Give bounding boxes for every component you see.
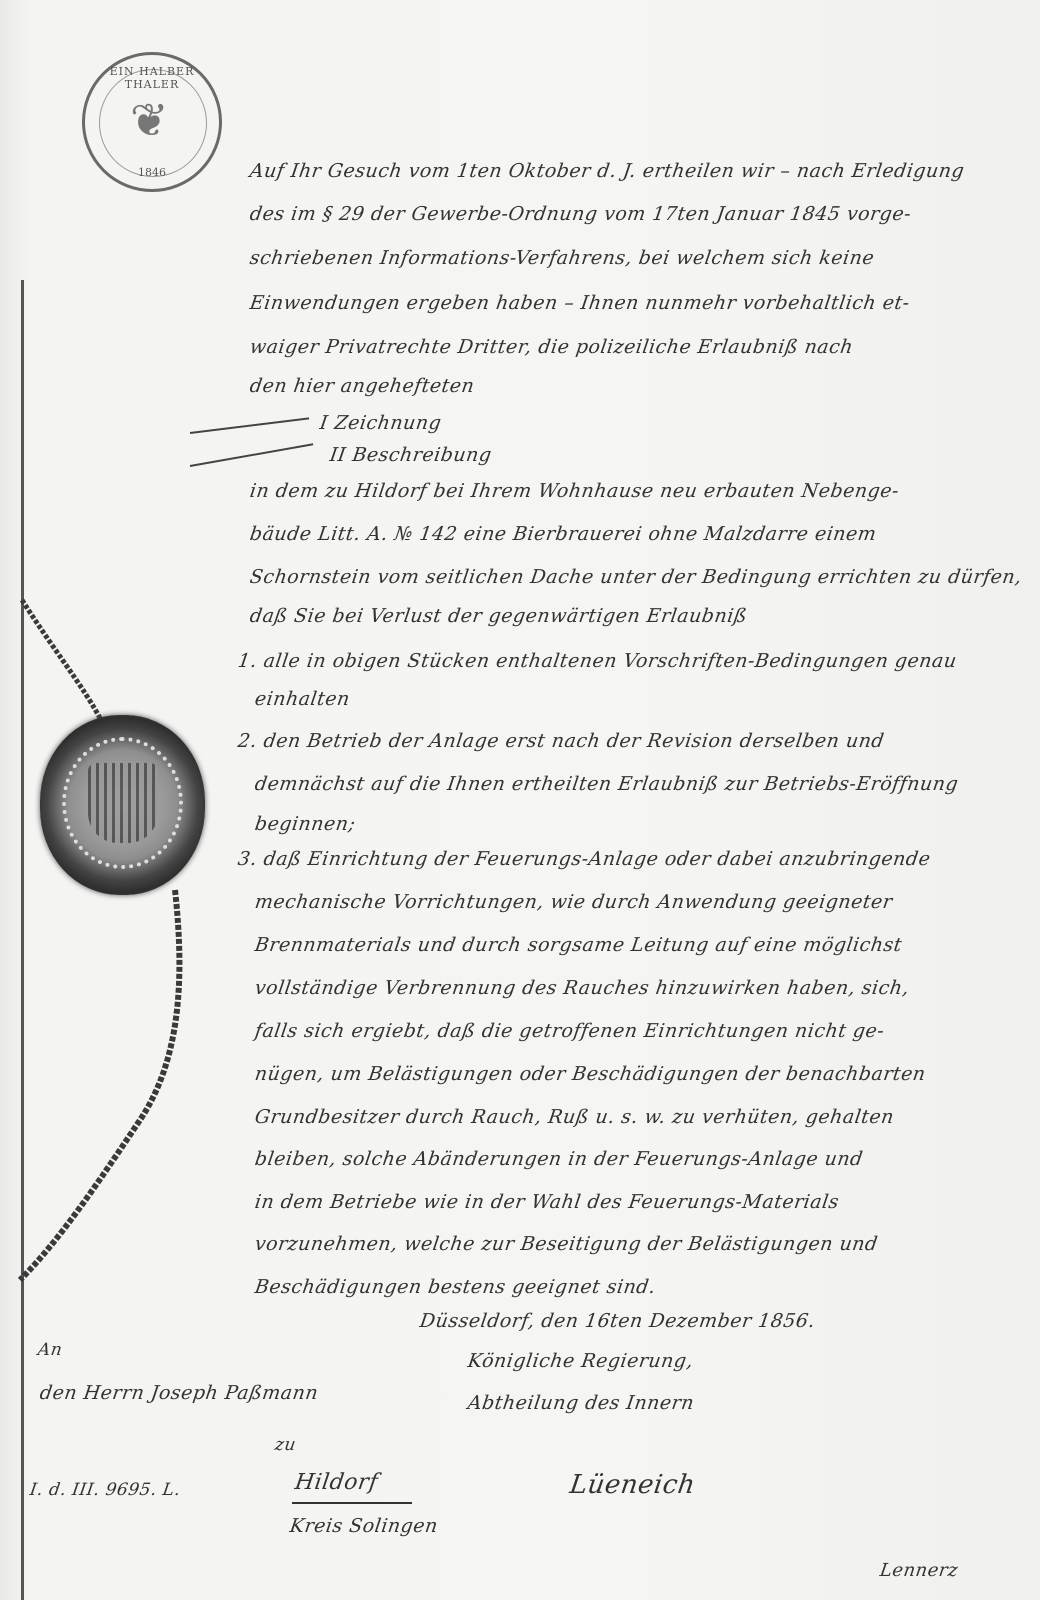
body-line: den hier angehefteten (248, 375, 475, 397)
condition-line: nügen, um Belästigungen oder Beschädigun… (253, 1063, 927, 1085)
body-line: Einwendungen ergeben haben – Ihnen nunme… (248, 292, 911, 314)
recipient-place: Hildorf (293, 1470, 379, 1495)
body-line: waiger Privatrechte Dritter, die polizei… (248, 336, 854, 358)
body-line: daß Sie bei Verlust der gegenwärtigen Er… (248, 605, 748, 627)
condition-line: mechanische Vorrichtungen, wie durch Anw… (253, 891, 894, 913)
condition-line: vollständige Verbrennung des Rauches hin… (253, 977, 910, 999)
condition-line: bleiben, solche Abänderungen in der Feue… (253, 1148, 864, 1170)
stamp-year: 1846 (85, 166, 219, 179)
body-line: des im § 29 der Gewerbe-Ordnung vom 17te… (248, 203, 912, 225)
condition-line: Brennmaterials und durch sorgsame Leitun… (253, 934, 903, 956)
condition-line: einhalten (253, 688, 351, 710)
seal-cord (0, 560, 220, 1320)
recipient-district: Kreis Solingen (288, 1515, 439, 1537)
condition-line: beginnen; (253, 813, 357, 835)
body-line: Schornstein vom seitlichen Dache unter d… (248, 566, 1023, 588)
condition-line: demnächst auf die Ihnen ertheilten Erlau… (253, 773, 959, 795)
revenue-stamp: EIN HALBER THALER ❦ 1846 (82, 52, 222, 192)
condition-line: 2. den Betrieb der Anlage erst nach der … (236, 730, 885, 752)
condition-line: 1. alle in obigen Stücken enthaltenen Vo… (236, 650, 958, 672)
condition-line: Grundbesitzer durch Rauch, Ruß u. s. w. … (253, 1106, 895, 1128)
signature: Lüeneich (568, 1470, 697, 1500)
eagle-icon: ❦ (130, 93, 169, 147)
body-line: schriebenen Informations-Verfahrens, bei… (248, 247, 875, 269)
enclosure-item: II Beschreibung (328, 444, 493, 466)
condition-line: 3. daß Einrichtung der Feuerungs-Anlage … (236, 848, 932, 870)
recipient-prefix: An (37, 1340, 64, 1360)
reference-number: I. d. III. 9695. L. (29, 1480, 182, 1500)
stamp-text: EIN HALBER THALER (85, 65, 219, 91)
condition-line: falls sich ergiebt, daß die getroffenen … (253, 1020, 885, 1042)
condition-line: Beschädigungen bestens geeignet sind. (253, 1276, 657, 1298)
body-line: in dem zu Hildorf bei Ihrem Wohnhause ne… (248, 480, 900, 502)
body-line: Auf Ihr Gesuch vom 1ten Oktober d. J. er… (248, 160, 965, 182)
recipient-name: den Herrn Joseph Paßmann (38, 1382, 319, 1404)
seal-crest-icon (88, 763, 158, 843)
wax-seal (40, 715, 205, 895)
condition-line: in dem Betriebe wie in der Wahl des Feue… (253, 1191, 840, 1213)
body-line: bäude Litt. A. № 142 eine Bierbrauerei o… (248, 523, 877, 545)
enclosure-item: I Zeichnung (318, 412, 442, 434)
condition-line: vorzunehmen, welche zur Beseitigung der … (253, 1233, 879, 1255)
corner-initial: Lennerz (879, 1560, 960, 1581)
place-underline (292, 1502, 412, 1504)
issuer-line: Königliche Regierung, (466, 1350, 694, 1372)
place-date: Düsseldorf, den 16ten Dezember 1856. (418, 1310, 816, 1332)
recipient-zu: zu (274, 1435, 298, 1455)
issuer-line: Abtheilung des Innern (466, 1392, 695, 1414)
